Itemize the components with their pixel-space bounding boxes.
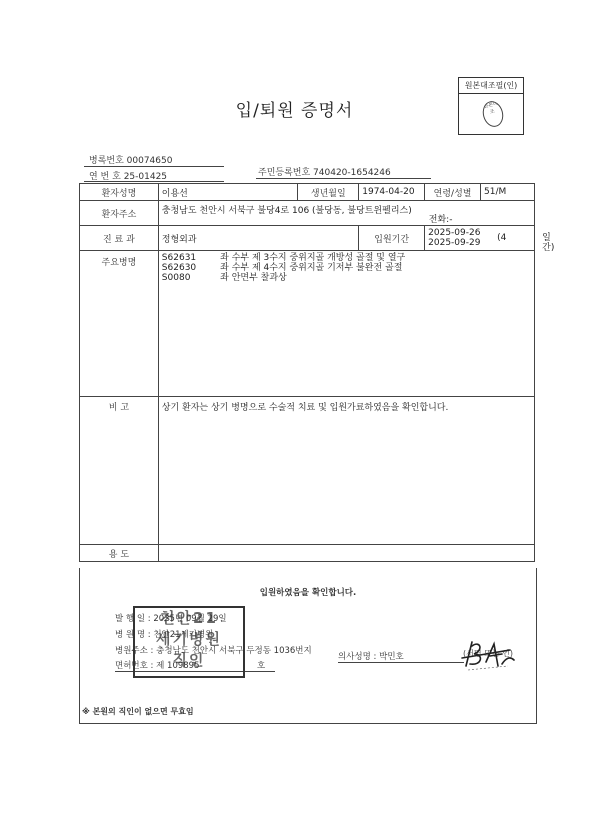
doctor-name-value: 박민호 [379,652,404,662]
resident-registration-number: 주민등록번호 740420-1654246 [258,165,391,178]
resident-registration-number-value: 740420-1654246 [313,168,391,178]
patient-name-value: 이용선 [158,184,298,201]
department-row: 진 료 과 정형외과 입원기간 2025-09-26 2025-09-29 (4… [80,226,535,251]
admission-confirmation-text: 입원하였음을 확인합니다. [80,586,536,598]
footnote: ※ 본원의 직인이 없으면 무효임 [82,706,194,717]
diagnosis-row: 주요병명 S62631 S62630 S0080 좌 수부 제 3수지 중위지골… [80,251,535,397]
diagnosis-code: S62630 [162,263,196,273]
purpose-row: 용 도 [80,545,535,562]
diagnosis-cell: S62631 S62630 S0080 좌 수부 제 3수지 중위지골 개방성 … [158,251,534,397]
admission-period-cell: 2025-09-26 2025-09-29 (4 일간) [425,226,535,251]
birth-date-label: 생년월일 [298,184,359,201]
license-suffix: 호 [257,659,265,671]
remarks-row: 비 고 상기 환자는 상기 병명으로 수술적 치료 및 입원가료하였음을 확인합… [80,397,535,545]
age-sex-label: 연령/성별 [425,184,481,201]
diagnosis-name: 좌 안면부 찰과상 [220,273,405,283]
duration-close: 일간) [542,233,554,253]
diagnosis-label: 주요병명 [80,251,159,397]
verification-stamp-icon: 원본대조 [480,99,506,129]
original-verification-label: 원본대조필(인) [459,78,523,94]
signature-icon [458,636,518,676]
admission-period-label: 입원기간 [359,226,425,251]
admission-end-date: 2025-09-29 [428,238,531,248]
diagnosis-codes: S62631 S62630 S0080 [162,253,196,283]
address-label: 환자주소 [80,201,159,226]
purpose-value [158,545,534,562]
diagnosis-names: 좌 수부 제 3수지 중위지골 개방성 골절 및 열구 좌 수부 제 4수지 중… [220,253,405,283]
resident-registration-number-label: 주민등록번호 [258,168,310,178]
medical-record-number: 병록번호 00074650 [89,153,172,166]
patient-name-label: 환자성명 [80,184,159,201]
medical-record-number-label: 병록번호 [89,156,124,166]
age-sex-value: 51/M [481,184,535,201]
divider [256,178,431,179]
diagnosis-code: S0080 [162,273,196,283]
remarks-label: 비 고 [80,397,159,545]
admission-start-date: 2025-09-26 [428,228,531,238]
address-value: 충청남도 천안시 서북구 불당4로 106 (불당동, 불당트윈펠리스) [162,206,412,216]
birth-date-value: 1974-04-20 [359,184,425,201]
patient-info-row: 환자성명 이용선 생년월일 1974-04-20 연령/성별 51/M [80,184,535,201]
stamp-line: 세기병원 [135,629,243,650]
doctor-name-label: 의사성명 : [338,652,376,662]
phone-value: - [449,215,452,225]
department-value: 정형외과 [158,226,358,251]
diagnosis-name: 좌 수부 제 3수지 중위지골 개방성 골절 및 열구 [220,253,405,263]
original-verification-box: 원본대조필(인) 원본대조 [458,77,524,135]
address-cell: 충청남도 천안시 서북구 불당4로 106 (불당동, 불당트윈펠리스) 전화:… [158,201,534,226]
duration-open: (4 [497,233,506,243]
remarks-value: 상기 환자는 상기 병명으로 수술적 치료 및 입원가료하였음을 확인합니다. [158,397,534,545]
diagnosis-name: 좌 수부 제 4수지 중위지골 기저부 불완전 골절 [220,263,405,273]
stamp-line: 천안21 [135,608,243,629]
divider [84,181,224,182]
certificate-table: 환자성명 이용선 생년월일 1974-04-20 연령/성별 51/M 환자주소… [79,183,535,562]
medical-record-number-value: 00074650 [127,156,173,166]
diagnosis-code: S62631 [162,253,196,263]
phone-label: 전화: [429,215,449,225]
doctor-name: 의사성명 : 박민호 [338,650,464,663]
hospital-seal-stamp: 천안21 세기병원 직인 [133,606,245,678]
stamp-line: 직인 [135,650,243,671]
department-label: 진 료 과 [80,226,159,251]
purpose-label: 용 도 [80,545,159,562]
divider [84,166,224,167]
address-row: 환자주소 충청남도 천안시 서북구 불당4로 106 (불당동, 불당트윈펠리스… [80,201,535,226]
